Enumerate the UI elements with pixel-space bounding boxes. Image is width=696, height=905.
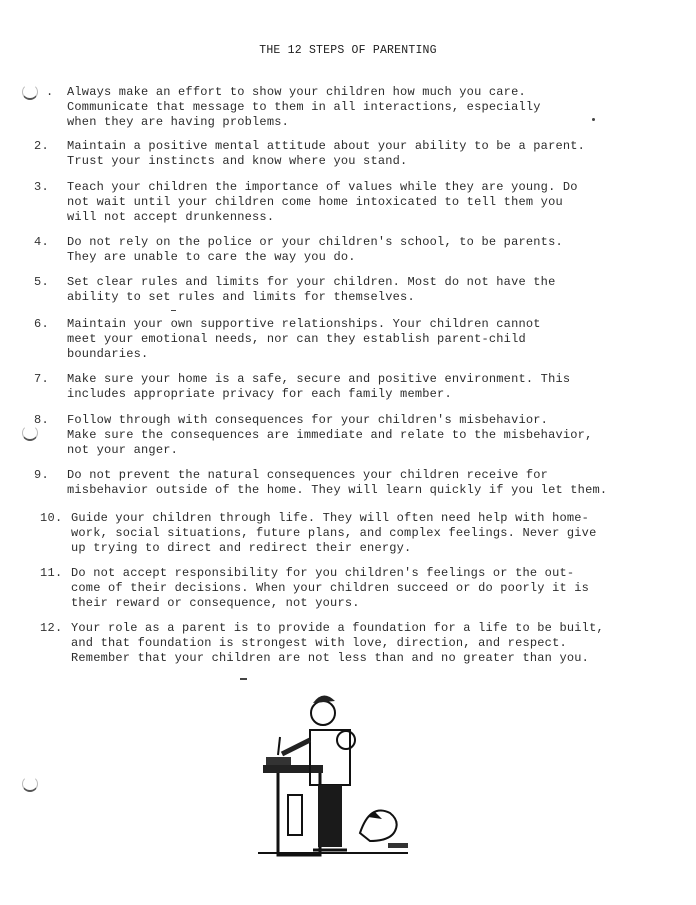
binder-hole-middle <box>22 425 38 441</box>
step-number: 6. <box>34 317 49 331</box>
step-number: 7. <box>34 372 49 386</box>
step-number: 3. <box>34 180 49 194</box>
page-title: THE 12 STEPS OF PARENTING <box>0 44 696 57</box>
step-number: 2. <box>34 139 49 153</box>
step-number: 10. <box>40 511 63 525</box>
page-speck <box>240 678 247 680</box>
step-text: Always make an effort to show your child… <box>67 85 541 130</box>
step-text: Maintain a positive mental attitude abou… <box>67 139 585 169</box>
binder-hole-top <box>22 84 38 100</box>
step-number: 4. <box>34 235 49 249</box>
page-speck <box>592 118 595 121</box>
step-number: 11. <box>40 566 63 580</box>
step-text: Follow through with consequences for you… <box>67 413 592 458</box>
step-number: . <box>46 85 54 99</box>
step-text: Do not accept responsibility for you chi… <box>71 566 589 611</box>
step-text: Guide your children through life. They w… <box>71 511 596 556</box>
parent-cooking-illustration <box>258 685 428 860</box>
step-text: Do not rely on the police or your childr… <box>67 235 563 265</box>
step-number: 12. <box>40 621 63 635</box>
step-text: Do not prevent the natural consequences … <box>67 468 607 498</box>
step-number: 5. <box>34 275 49 289</box>
step-text: Maintain your own supportive relationshi… <box>67 317 541 362</box>
step-text: Your role as a parent is to provide a fo… <box>71 621 604 666</box>
step-text: Teach your children the importance of va… <box>67 180 578 225</box>
page-speck <box>171 310 176 311</box>
binder-hole-bottom <box>22 776 38 792</box>
step-number: 9. <box>34 468 49 482</box>
step-text: Set clear rules and limits for your chil… <box>67 275 555 305</box>
step-number: 8. <box>34 413 49 427</box>
step-text: Make sure your home is a safe, secure an… <box>67 372 570 402</box>
